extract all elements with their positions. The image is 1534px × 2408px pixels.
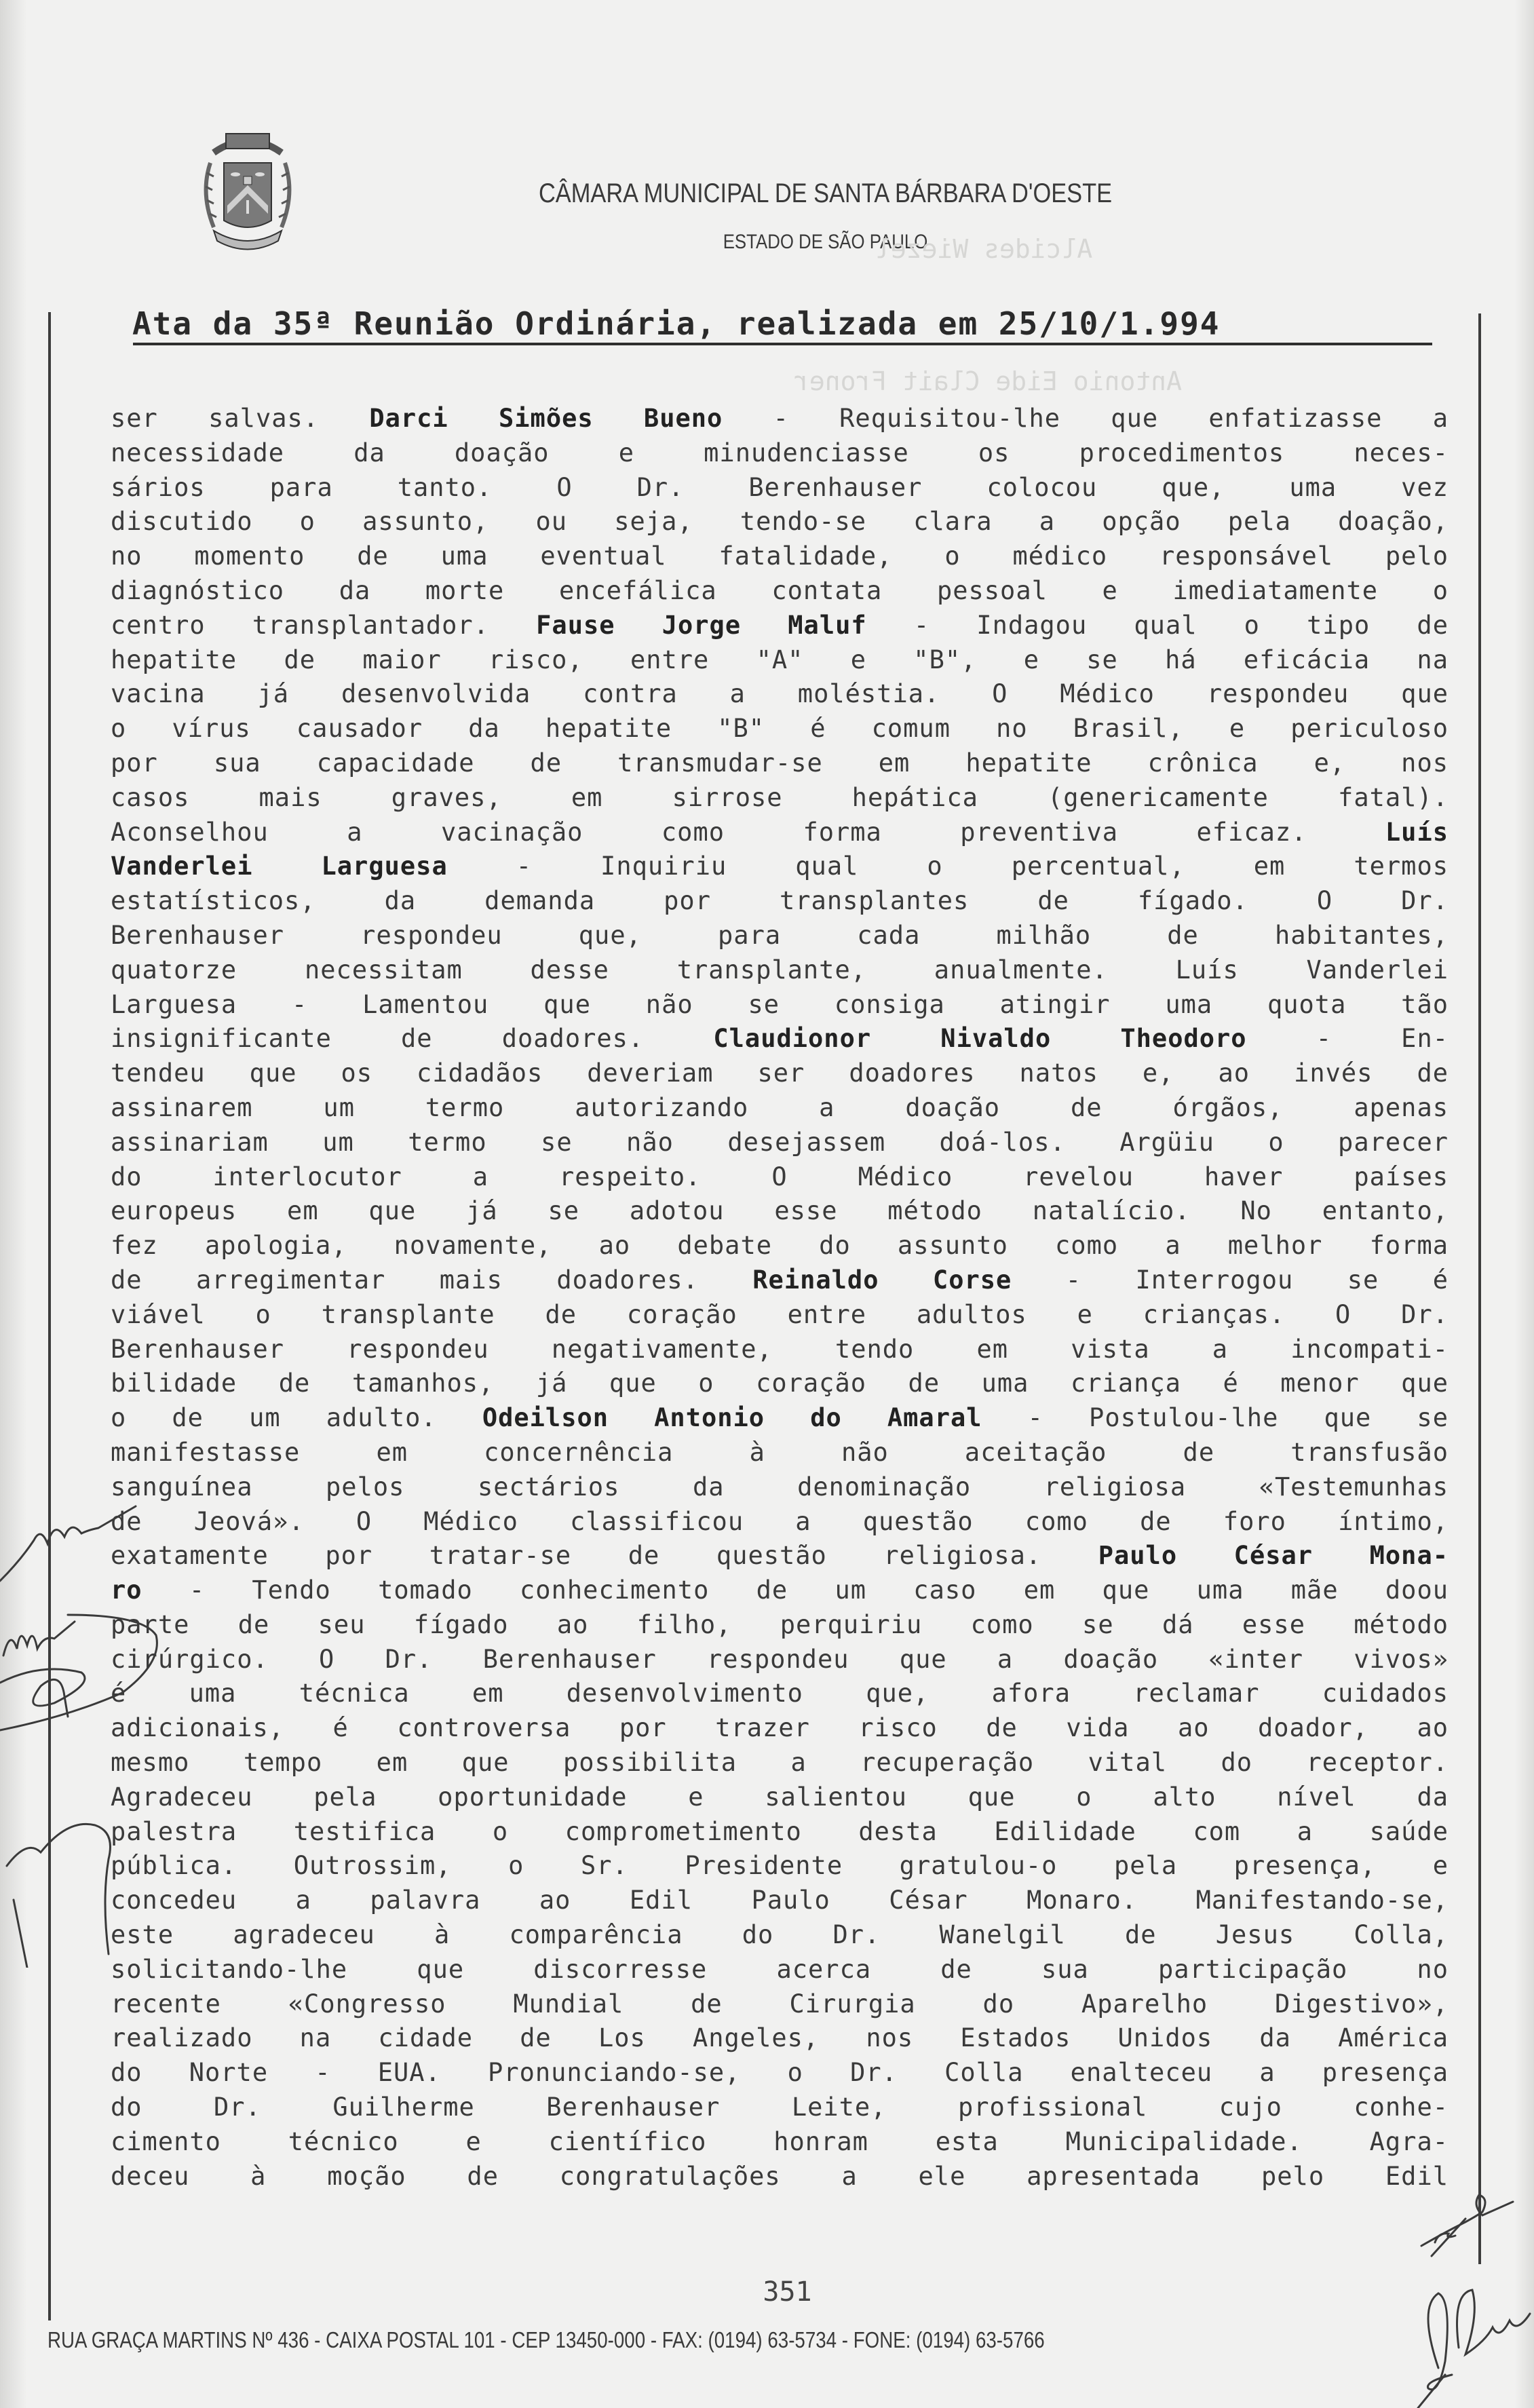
- text-line: discutido o assunto, ou seja, tendo-se c…: [111, 505, 1449, 539]
- text-line: assinarem um termo autorizando a doação …: [111, 1091, 1449, 1126]
- text-line: realizado na cidade de Los Angeles, nos …: [111, 2021, 1449, 2056]
- text-line: por sua capacidade de transmudar-se em h…: [111, 746, 1449, 781]
- text-segment: necessidade da doação e minudenciasse os…: [111, 438, 1449, 467]
- text-segment: adicionais, é controversa por trazer ris…: [111, 1713, 1449, 1742]
- text-segment: realizado na cidade de Los Angeles, nos …: [111, 2023, 1449, 2052]
- footer-address: RUA GRAÇA MARTINS Nº 436 - CAIXA POSTAL …: [47, 2327, 1273, 2353]
- speaker-name: Luís: [1385, 818, 1449, 847]
- page-border-right: [1478, 313, 1481, 2264]
- text-line: necessidade da doação e minudenciasse os…: [111, 436, 1449, 471]
- text-segment: tendeu que os cidadãos deveriam ser doad…: [111, 1058, 1449, 1088]
- text-line: adicionais, é controversa por trazer ris…: [111, 1711, 1449, 1746]
- title-underline: [133, 343, 1432, 345]
- text-segment: centro transplantador.: [111, 611, 536, 640]
- speaker-name: ro: [111, 1575, 142, 1605]
- text-segment: manifestasse em concernência à não aceit…: [111, 1438, 1449, 1467]
- text-line: Agradeceu pela oportunidade e salientou …: [111, 1780, 1449, 1815]
- text-segment: fez apologia, novamente, ao debate do as…: [111, 1231, 1449, 1260]
- text-segment: do Dr. Guilherme Berenhauser Leite, prof…: [111, 2092, 1449, 2122]
- text-segment: Aconselhou a vacinação como forma preven…: [111, 818, 1385, 847]
- text-line: ser salvas. Darci Simões Bueno - Requisi…: [111, 402, 1449, 436]
- text-line: vacina já desenvolvida contra a moléstia…: [111, 677, 1449, 712]
- text-line: assinariam um termo se não desejassem do…: [111, 1126, 1449, 1160]
- text-line: diagnóstico da morte encefálica contata …: [111, 574, 1449, 609]
- text-segment: Agradeceu pela oportunidade e salientou …: [111, 1782, 1449, 1812]
- text-line: é uma técnica em desenvolvimento que, af…: [111, 1677, 1449, 1711]
- text-segment: estatísticos, da demanda por transplante…: [111, 886, 1449, 915]
- text-line: o de um adulto. Odeilson Antonio do Amar…: [111, 1401, 1449, 1436]
- text-segment: cimento técnico e científico honram esta…: [111, 2127, 1449, 2156]
- minutes-body: ser salvas. Darci Simões Bueno - Requisi…: [111, 402, 1449, 2194]
- text-segment: Berenhauser respondeu negativamente, ten…: [111, 1335, 1449, 1364]
- text-segment: insignificante de doadores.: [111, 1024, 713, 1053]
- text-line: de Jeová». O Médico classificou a questã…: [111, 1505, 1449, 1540]
- text-segment: do Norte - EUA. Pronunciando-se, o Dr. C…: [111, 2058, 1449, 2087]
- speaker-name: Paulo César Mona-: [1098, 1541, 1449, 1570]
- text-line: tendeu que os cidadãos deveriam ser doad…: [111, 1056, 1449, 1091]
- text-segment: Larguesa - Lamentou que não se consiga a…: [111, 990, 1449, 1019]
- text-line: Larguesa - Lamentou que não se consiga a…: [111, 988, 1449, 1023]
- speaker-name: Fause Jorge Maluf: [536, 611, 867, 640]
- text-segment: - Postulou-lhe que se: [982, 1403, 1449, 1432]
- text-segment: viável o transplante de coração entre ad…: [111, 1300, 1449, 1329]
- text-line: concedeu a palavra ao Edil Paulo César M…: [111, 1884, 1449, 1918]
- state-name: ESTADO DE SÃO PAULO: [107, 231, 1426, 254]
- text-line: Aconselhou a vacinação como forma preven…: [111, 816, 1449, 850]
- document-title: Ata da 35ª Reunião Ordinária, realizada …: [132, 305, 1421, 342]
- text-segment: é uma técnica em desenvolvimento que, af…: [111, 1679, 1449, 1708]
- speaker-name: Darci Simões Bueno: [369, 404, 723, 433]
- text-segment: - Inquiriu qual o percentual, em termos: [448, 852, 1449, 881]
- text-segment: - Indagou qual o tipo de: [867, 611, 1449, 640]
- text-line: hepatite de maior risco, entre "A" e "B"…: [111, 643, 1449, 678]
- page-number: 351: [0, 2276, 1534, 2308]
- text-segment: - Interrogou se é: [1012, 1265, 1449, 1295]
- page-border-left: [48, 312, 51, 2320]
- text-segment: - Requisitou-lhe que enfatizasse a: [723, 404, 1449, 433]
- speaker-name: Vanderlei Larguesa: [111, 852, 448, 881]
- text-segment: - En-: [1247, 1024, 1449, 1053]
- text-segment: ser salvas.: [111, 404, 369, 433]
- text-segment: palestra testifica o comprometimento des…: [111, 1817, 1449, 1846]
- text-segment: discutido o assunto, ou seja, tendo-se c…: [111, 507, 1449, 536]
- text-segment: o vírus causador da hepatite "B" é comum…: [111, 714, 1449, 743]
- text-line: pública. Outrossim, o Sr. Presidente gra…: [111, 1849, 1449, 1884]
- text-line: Berenhauser respondeu que, para cada mil…: [111, 919, 1449, 953]
- text-line: ro - Tendo tomado conhecimento de um cas…: [111, 1573, 1449, 1608]
- text-line: solicitando-lhe que discorresse acerca d…: [111, 1953, 1449, 1987]
- text-line: fez apologia, novamente, ao debate do as…: [111, 1229, 1449, 1263]
- text-segment: quatorze necessitam desse transplante, a…: [111, 955, 1449, 985]
- text-line: no momento de uma eventual fatalidade, o…: [111, 539, 1449, 574]
- text-segment: no momento de uma eventual fatalidade, o…: [111, 541, 1449, 571]
- speaker-name: Odeilson Antonio do Amaral: [482, 1403, 982, 1432]
- text-segment: o de um adulto.: [111, 1403, 482, 1432]
- text-segment: Berenhauser respondeu que, para cada mil…: [111, 921, 1449, 950]
- text-line: quatorze necessitam desse transplante, a…: [111, 953, 1449, 988]
- text-segment: cirúrgico. O Dr. Berenhauser respondeu q…: [111, 1645, 1449, 1674]
- text-line: estatísticos, da demanda por transplante…: [111, 884, 1449, 919]
- text-segment: vacina já desenvolvida contra a moléstia…: [111, 679, 1449, 708]
- text-segment: recente «Congresso Mundial de Cirurgia d…: [111, 1989, 1449, 2019]
- text-line: o vírus causador da hepatite "B" é comum…: [111, 712, 1449, 746]
- text-line: palestra testifica o comprometimento des…: [111, 1815, 1449, 1850]
- text-segment: assinarem um termo autorizando a doação …: [111, 1093, 1449, 1122]
- text-segment: de Jeová». O Médico classificou a questã…: [111, 1507, 1449, 1536]
- text-segment: do interlocutor a respeito. O Médico rev…: [111, 1162, 1449, 1191]
- text-line: sários para tanto. O Dr. Berenhauser col…: [111, 471, 1449, 505]
- text-line: insignificante de doadores. Claudionor N…: [111, 1022, 1449, 1056]
- text-line: bilidade de tamanhos, já que o coração d…: [111, 1367, 1449, 1401]
- text-segment: sários para tanto. O Dr. Berenhauser col…: [111, 473, 1449, 502]
- speaker-name: Claudionor Nivaldo Theodoro: [713, 1024, 1246, 1053]
- bleed-through-text: Alcides Wiezel: [875, 234, 1092, 264]
- text-line: exatamente por tratar-se de questão reli…: [111, 1539, 1449, 1573]
- text-line: parte de seu fígado ao filho, perquiriu …: [111, 1608, 1449, 1643]
- text-segment: parte de seu fígado ao filho, perquiriu …: [111, 1610, 1449, 1639]
- text-line: cirúrgico. O Dr. Berenhauser respondeu q…: [111, 1643, 1449, 1677]
- text-segment: pública. Outrossim, o Sr. Presidente gra…: [111, 1851, 1449, 1880]
- text-segment: de arregimentar mais doadores.: [111, 1265, 752, 1295]
- bleed-through-text: Antonio Eide Clait Froner: [794, 366, 1182, 396]
- text-line: cimento técnico e científico honram esta…: [111, 2125, 1449, 2160]
- text-segment: casos mais graves, em sirrose hepática (…: [111, 783, 1449, 812]
- text-segment: mesmo tempo em que possibilita a recuper…: [111, 1748, 1449, 1777]
- text-segment: este agradeceu à comparência do Dr. Wane…: [111, 1920, 1449, 1949]
- text-segment: - Tendo tomado conhecimento de um caso e…: [142, 1575, 1449, 1605]
- scan-edge-shadow-left: [0, 0, 27, 2408]
- signature-bottom-right-initials: [1418, 2185, 1520, 2259]
- institution-name: CÂMARA MUNICIPAL DE SANTA BÁRBARA D'OEST…: [107, 178, 1426, 209]
- speaker-name: Reinaldo Corse: [752, 1265, 1012, 1295]
- text-line: recente «Congresso Mundial de Cirurgia d…: [111, 1987, 1449, 2022]
- text-segment: deceu à moção de congratulações a ele ap…: [111, 2162, 1449, 2191]
- text-segment: bilidade de tamanhos, já que o coração d…: [111, 1369, 1449, 1398]
- text-line: centro transplantador. Fause Jorge Maluf…: [111, 609, 1449, 643]
- text-line: de arregimentar mais doadores. Reinaldo …: [111, 1263, 1449, 1298]
- text-segment: sanguínea pelos sectários da denominação…: [111, 1472, 1449, 1502]
- text-segment: concedeu a palavra ao Edil Paulo César M…: [111, 1886, 1449, 1915]
- text-segment: hepatite de maior risco, entre "A" e "B"…: [111, 645, 1449, 674]
- text-line: este agradeceu à comparência do Dr. Wane…: [111, 1918, 1449, 1953]
- text-line: Berenhauser respondeu negativamente, ten…: [111, 1333, 1449, 1367]
- text-line: casos mais graves, em sirrose hepática (…: [111, 781, 1449, 816]
- text-segment: diagnóstico da morte encefálica contata …: [111, 576, 1449, 605]
- text-segment: exatamente por tratar-se de questão reli…: [111, 1541, 1098, 1570]
- text-line: do interlocutor a respeito. O Médico rev…: [111, 1160, 1449, 1195]
- text-segment: europeus em que já se adotou esse método…: [111, 1196, 1449, 1225]
- text-segment: solicitando-lhe que discorresse acerca d…: [111, 1955, 1449, 1984]
- text-line: europeus em que já se adotou esse método…: [111, 1194, 1449, 1229]
- text-segment: por sua capacidade de transmudar-se em h…: [111, 748, 1449, 778]
- text-line: do Dr. Guilherme Berenhauser Leite, prof…: [111, 2090, 1449, 2125]
- text-line: viável o transplante de coração entre ad…: [111, 1298, 1449, 1333]
- text-segment: assinariam um termo se não desejassem do…: [111, 1128, 1449, 1157]
- text-line: deceu à moção de congratulações a ele ap…: [111, 2160, 1449, 2194]
- text-line: sanguínea pelos sectários da denominação…: [111, 1470, 1449, 1505]
- text-line: Vanderlei Larguesa - Inquiriu qual o per…: [111, 849, 1449, 884]
- text-line: manifestasse em concernência à não aceit…: [111, 1436, 1449, 1470]
- scan-edge-shadow-right: [1515, 0, 1534, 2408]
- text-line: do Norte - EUA. Pronunciando-se, o Dr. C…: [111, 2056, 1449, 2090]
- text-line: mesmo tempo em que possibilita a recuper…: [111, 1746, 1449, 1780]
